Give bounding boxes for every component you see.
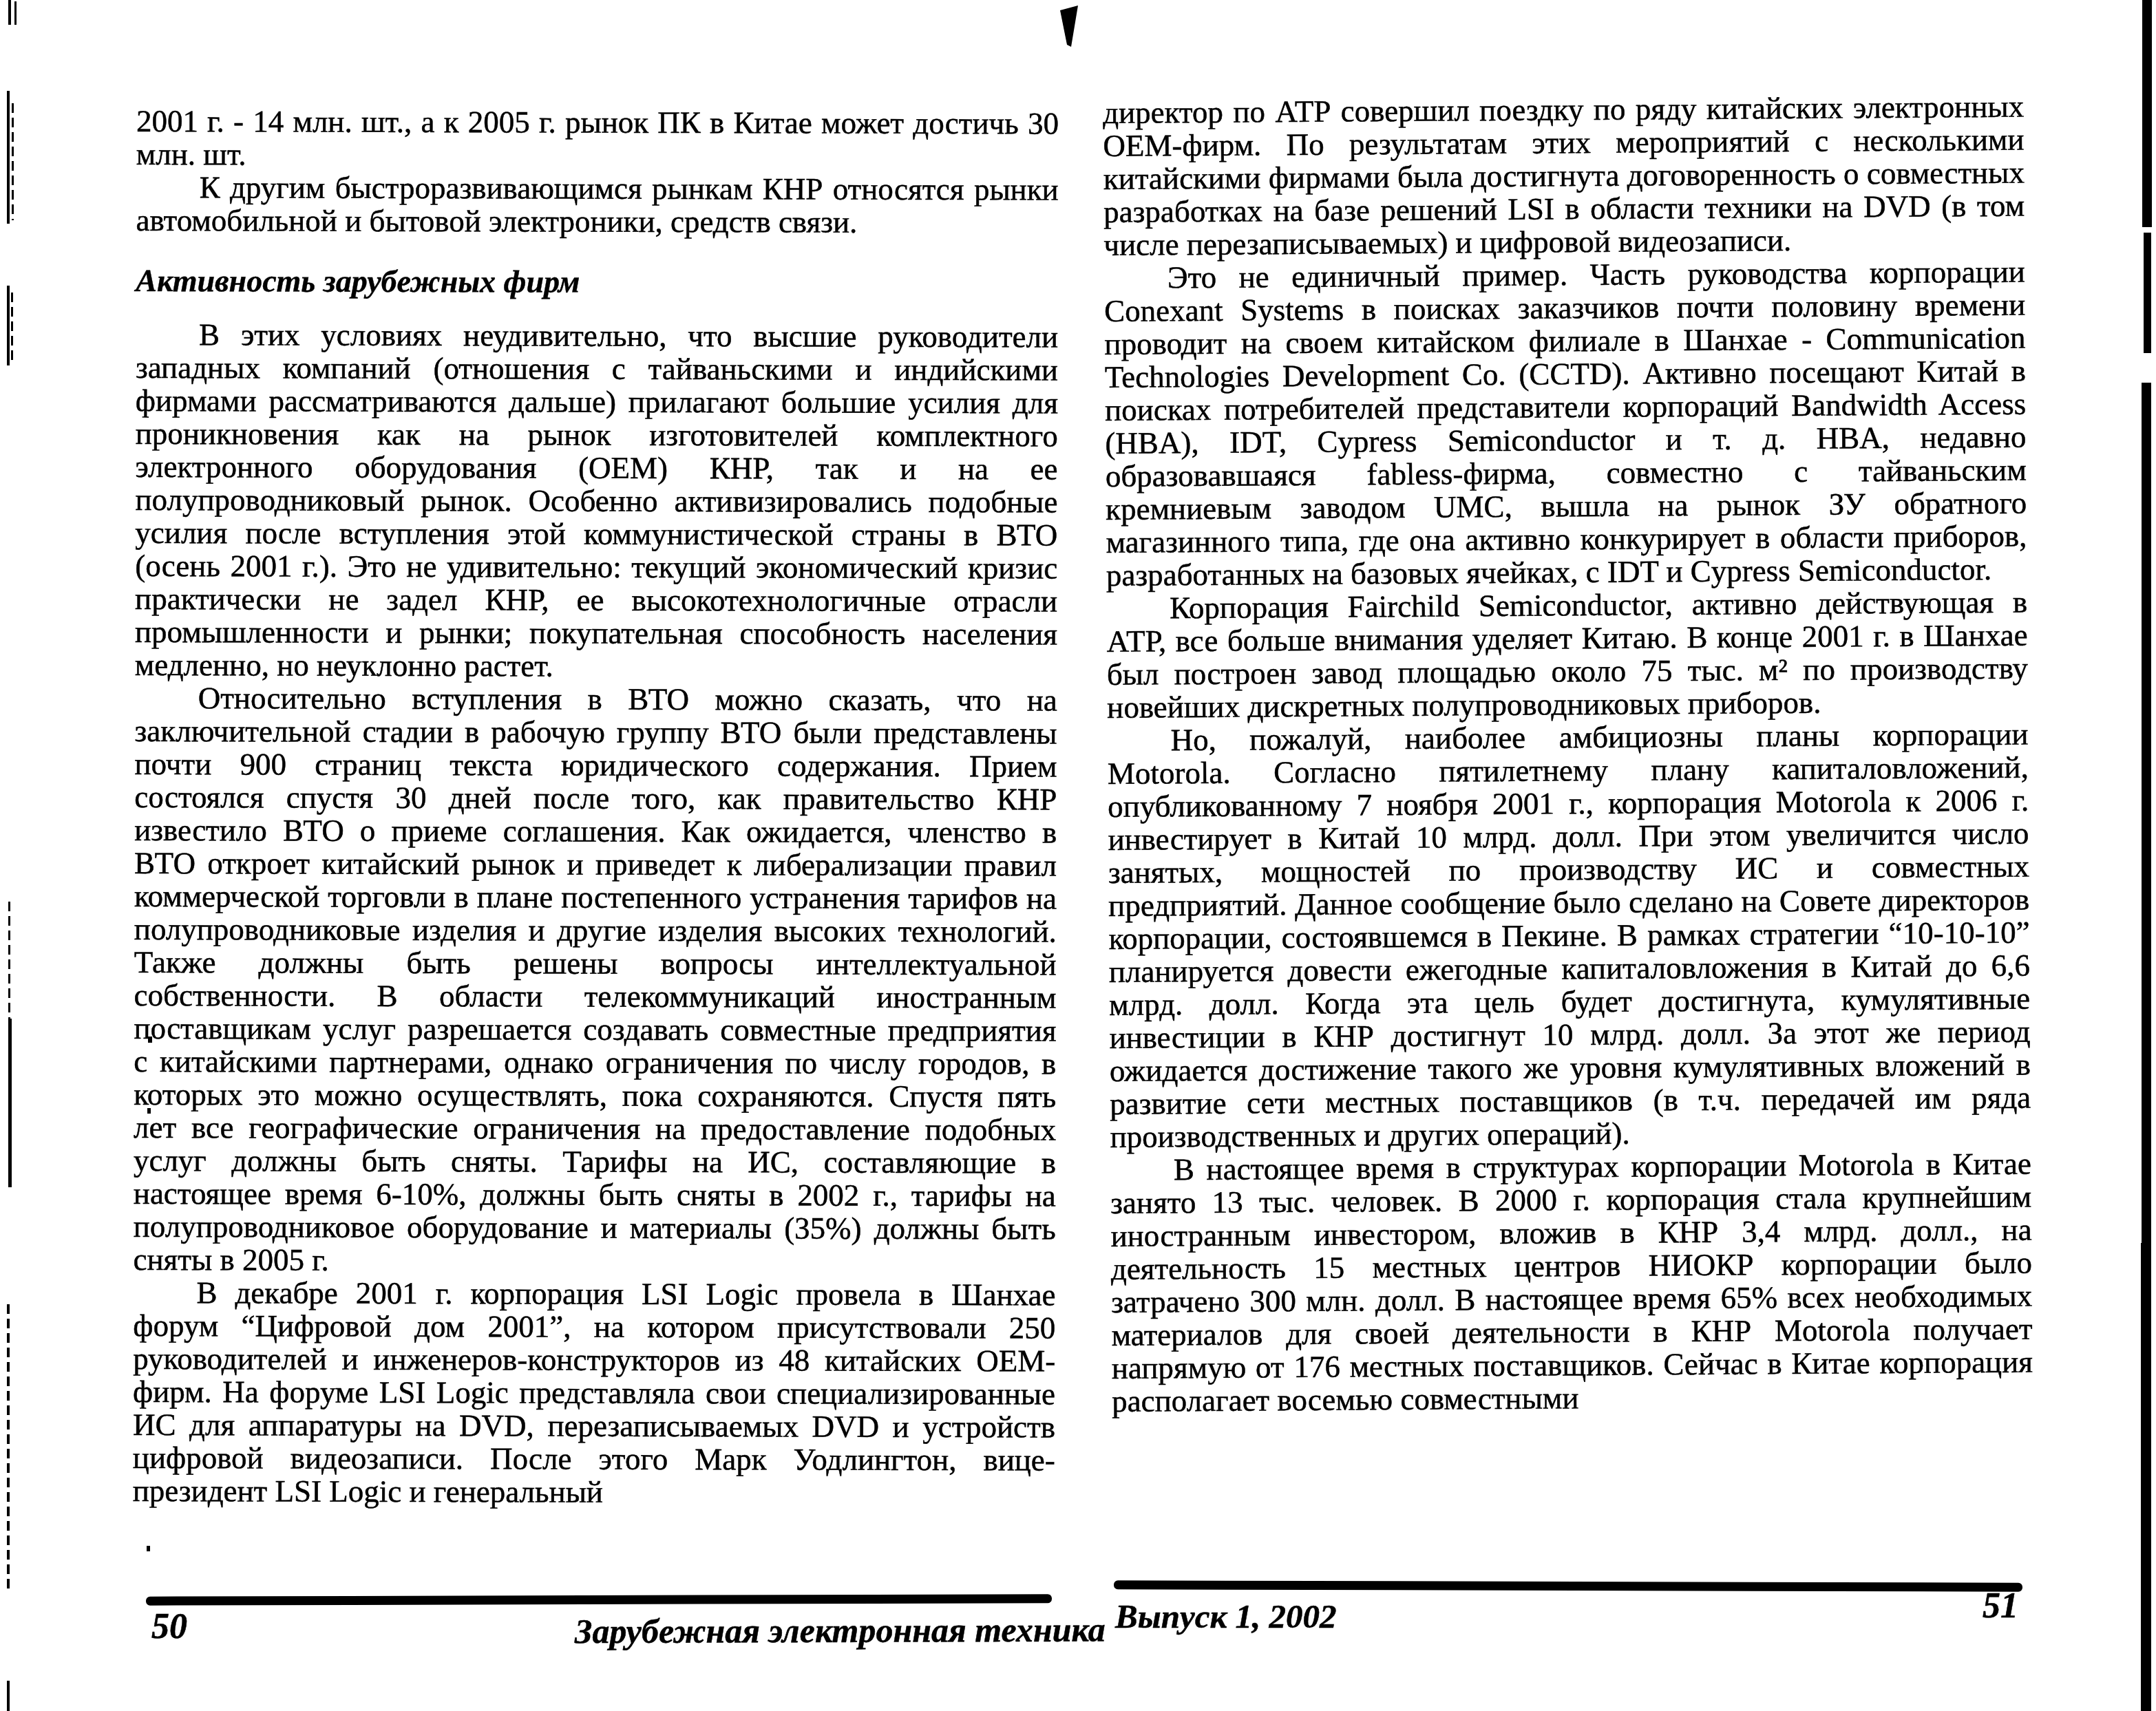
- scan-artifact-right-edge: [2141, 1243, 2151, 1711]
- scan-artifact-speck: [147, 1546, 150, 1551]
- scan-artifact-left-line: [12, 103, 14, 220]
- paragraph: К другим быстроразвивающимся рынкам КНР …: [136, 171, 1058, 240]
- scan-artifact-right-edge: [2144, 233, 2151, 353]
- right-page-text-column: директор по АТР совершил поездку по ряду…: [1103, 90, 2033, 1418]
- scan-artifact-left-line: [7, 1304, 10, 1590]
- right-footer-rule: [1114, 1580, 2022, 1591]
- scan-artifact-left-line: [14, 1, 17, 25]
- scan-artifact-speck: [148, 1037, 152, 1043]
- paragraph: Корпорация Fairchild Semiconductor, акти…: [1106, 586, 2028, 724]
- paragraph: 2001 г. - 14 млн. шт., а к 2005 г. рынок…: [136, 105, 1059, 173]
- paragraph: В этих условиях неудивительно, что высши…: [135, 318, 1058, 684]
- paragraph: В декабре 2001 г. корпорация LSI Logic п…: [133, 1276, 1056, 1510]
- paragraph: Относительно вступления в ВТО можно сказ…: [134, 681, 1057, 1279]
- paragraph: Это не единичный пример. Часть руководст…: [1104, 255, 2027, 592]
- journal-title: Зарубежная электронная техника: [575, 1610, 1053, 1651]
- paragraph: Но, пожалуй, наиболее амбициозны планы к…: [1107, 718, 2031, 1154]
- left-page-number: 50: [151, 1606, 187, 1647]
- scan-artifact-right-edge: [2142, 0, 2152, 227]
- scan-artifact-left-line: [8, 0, 11, 25]
- scan-artifact-left-line: [11, 293, 13, 361]
- right-page-number: 51: [1983, 1586, 2018, 1626]
- left-page-text-column: 2001 г. - 14 млн. шт., а к 2005 г. рынок…: [133, 105, 1059, 1510]
- scan-artifact-speck: [147, 1108, 151, 1114]
- scan-artifact-left-line: [7, 286, 10, 365]
- scanned-journal-spread: 2001 г. - 14 млн. шт., а к 2005 г. рынок…: [0, 0, 2156, 1711]
- section-heading: Активность зарубежных фирм: [136, 264, 1058, 300]
- paragraph: директор по АТР совершил поездку по ряду…: [1103, 90, 2025, 262]
- scan-artifact-left-line: [7, 1681, 10, 1711]
- binding-crop-mark-icon: [1060, 6, 1079, 47]
- scan-artifact-left-line: [8, 1019, 12, 1187]
- scan-artifact-left-line: [7, 91, 10, 224]
- scan-artifact-right-edge: [2142, 383, 2151, 1243]
- left-footer-rule: [146, 1594, 1052, 1605]
- paragraph: В настоящее время в структурах корпораци…: [1110, 1147, 2033, 1418]
- issue-label: Выпуск 1, 2002: [1115, 1597, 1337, 1636]
